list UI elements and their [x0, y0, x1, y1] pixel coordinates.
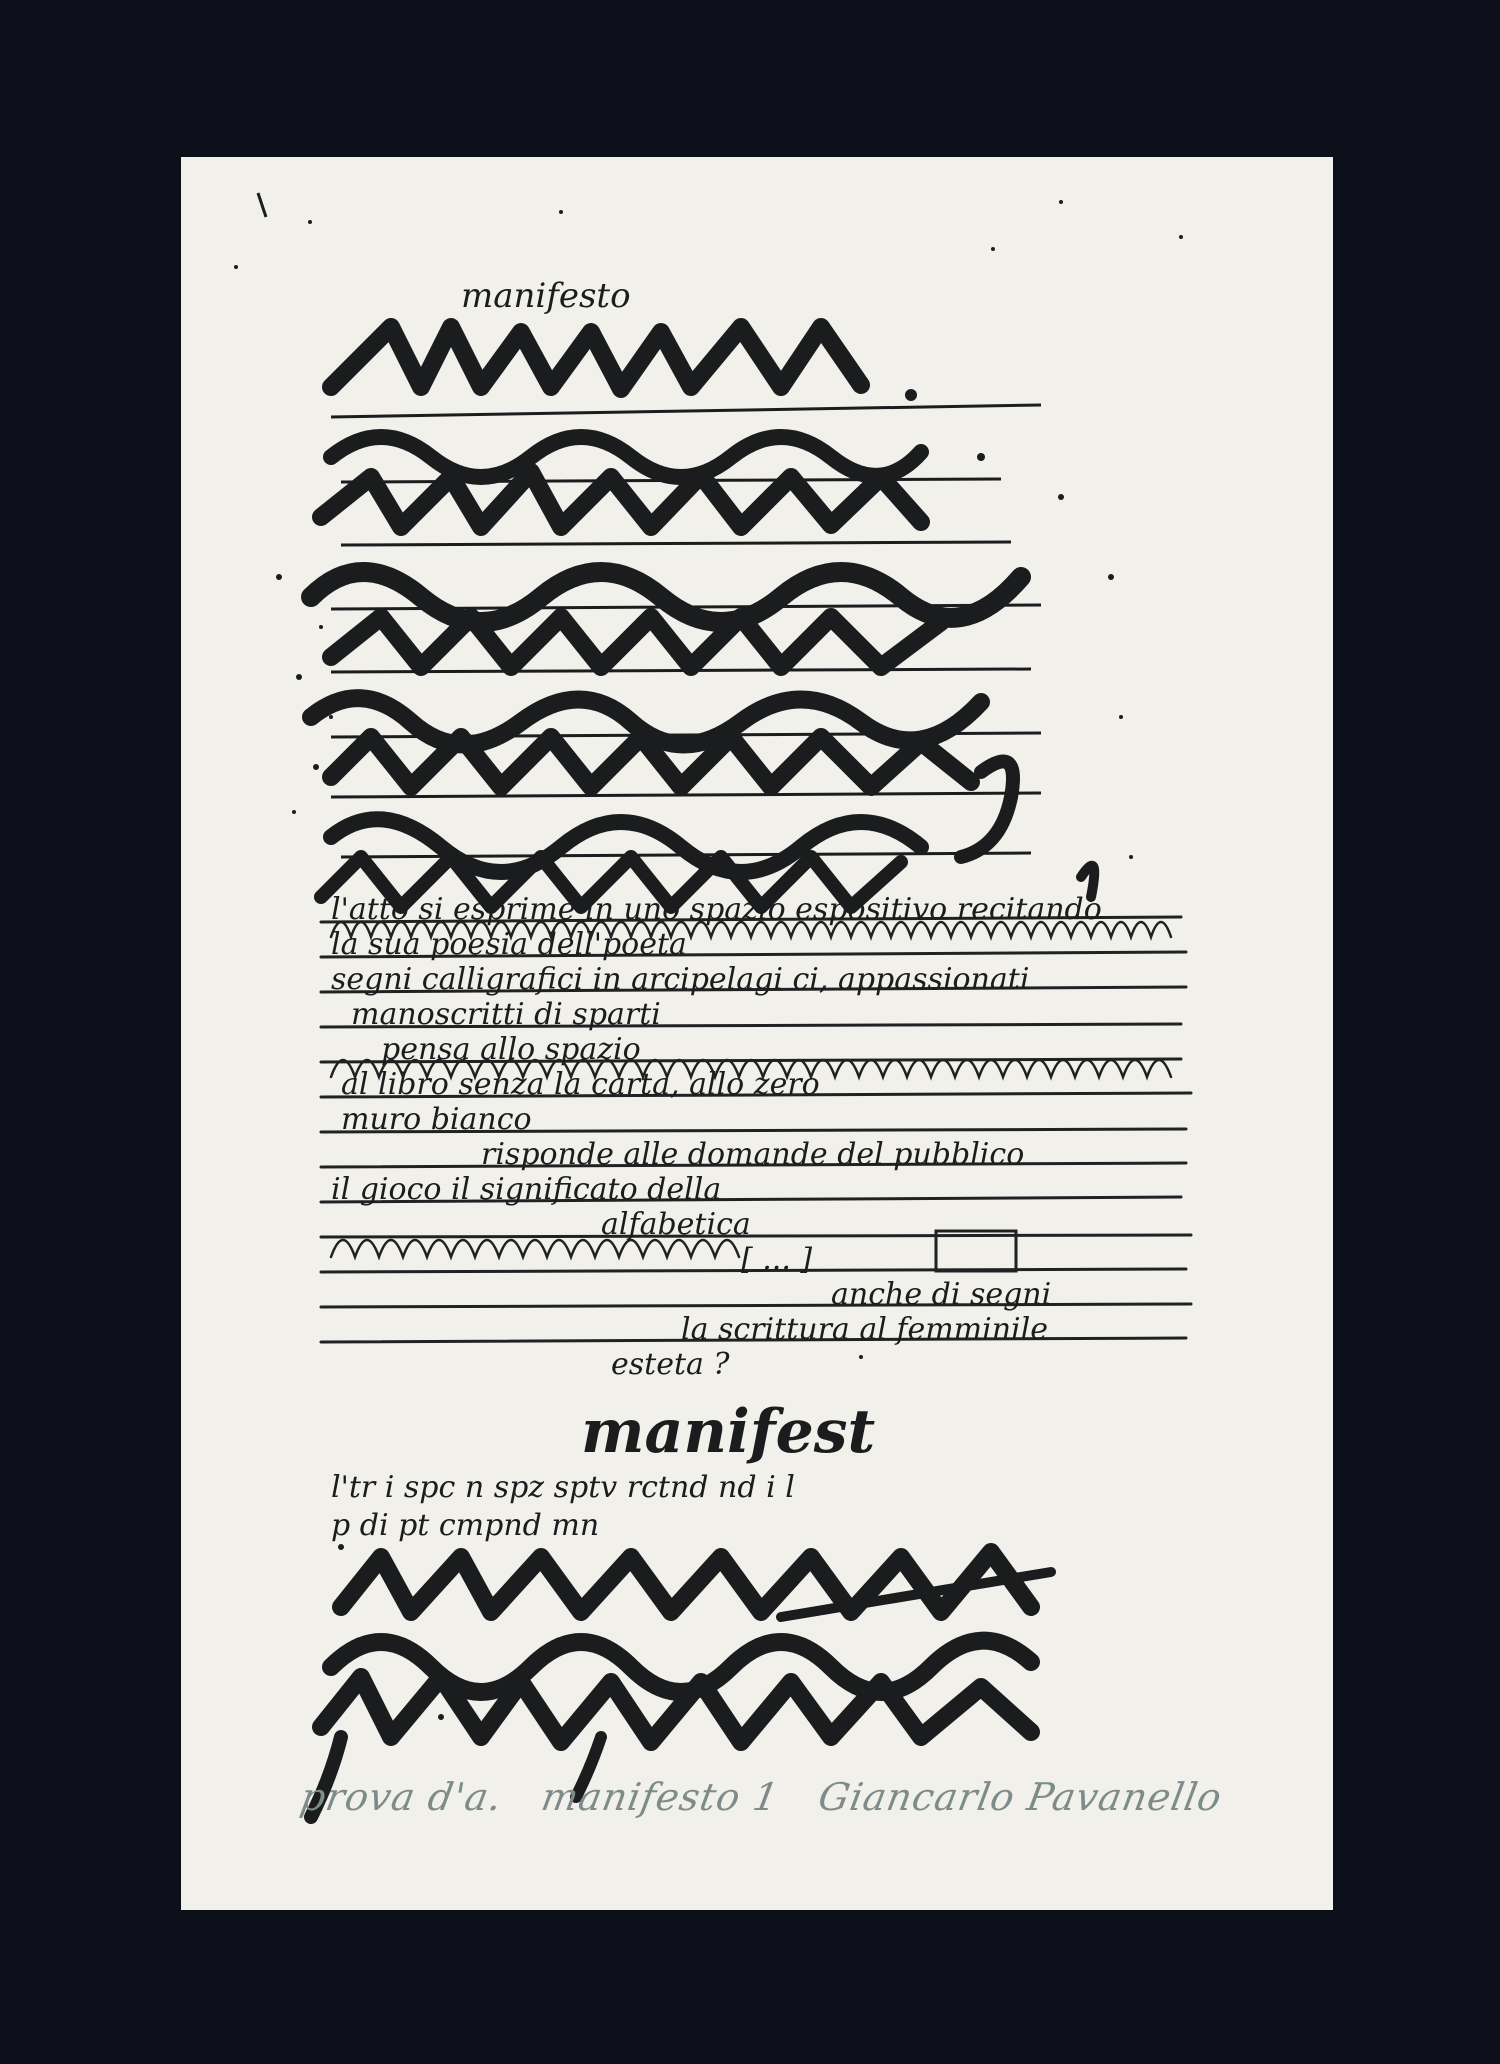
svg-text:esteta ?: esteta ?	[611, 1347, 730, 1382]
svg-text:p di pt cmpnd mn: p di pt cmpnd mn	[331, 1508, 599, 1543]
svg-text:l'tr i spc n spz sptv rctnd nd: l'tr i spc n spz sptv rctnd nd i l	[331, 1470, 795, 1505]
block-3-script-lines: l'tr i spc n spz sptv rctnd nd i l p di …	[331, 1470, 795, 1543]
svg-text:la scrittura al femminile: la scrittura al femminile	[681, 1312, 1048, 1347]
svg-text:al libro senza la carta, allo: al libro senza la carta, allo zero	[341, 1067, 820, 1102]
asemic-writing-artwork: manifesto l'atto si esprime in uno spazi…	[181, 157, 1333, 1910]
middle-heading-manifest: manifest	[581, 1397, 876, 1467]
artwork-paper-sheet: manifesto l'atto si esprime in uno spazi…	[181, 157, 1333, 1910]
svg-text:anche di segni: anche di segni	[831, 1277, 1051, 1312]
caption-edition: prova d'a.	[297, 1775, 506, 1819]
svg-text:[ ... ]: [ ... ]	[741, 1242, 812, 1277]
block-2-script-lines: l'atto si esprime in uno spazio espositi…	[331, 892, 1102, 1382]
svg-text:segni calligrafici in arcipela: segni calligrafici in arcipelagi ci, app…	[331, 962, 1029, 997]
caption-artist-signature: Giancarlo Pavanello	[815, 1775, 1225, 1819]
top-heading-manifesto: manifesto	[461, 276, 631, 316]
svg-text:il gioco il significato della: il gioco il significato della	[331, 1172, 721, 1207]
svg-text:manoscritti di sparti: manoscritti di sparti	[351, 997, 661, 1032]
svg-text:l'atto si esprime in uno spazi: l'atto si esprime in uno spazio espositi…	[331, 892, 1102, 927]
caption-title: manifesto 1	[538, 1775, 783, 1819]
svg-text:risponde alle domande del pubb: risponde alle domande del pubblico	[481, 1137, 1024, 1172]
pencil-caption: prova d'a. manifesto 1 Giancarlo Pavanel…	[301, 1757, 1261, 1837]
svg-text:muro bianco: muro bianco	[341, 1102, 532, 1137]
svg-text:alfabetica: alfabetica	[601, 1207, 751, 1242]
